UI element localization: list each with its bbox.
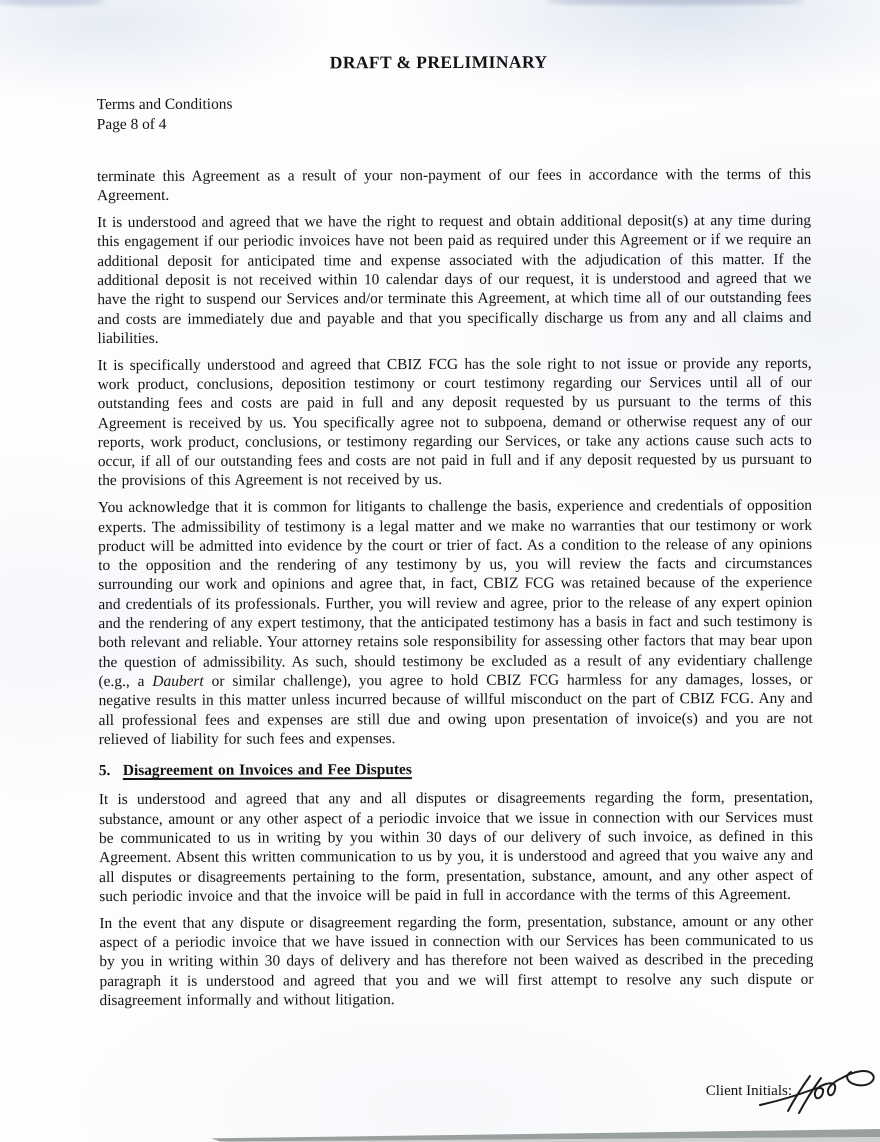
body-text: terminate this Agreement as a result of … — [97, 165, 814, 1010]
doc-title: Terms and Conditions — [97, 93, 811, 115]
italic-term: Daubert — [152, 673, 203, 690]
paragraph: It is specifically understood and agreed… — [98, 354, 812, 491]
client-initials-block: Client Initials: — [706, 1083, 792, 1100]
page-number-label: Page 8 of 4 — [97, 113, 811, 135]
paragraph: terminate this Agreement as a result of … — [97, 165, 811, 206]
document-content: DRAFT & PRELIMINARY Terms and Conditions… — [0, 0, 880, 1018]
document-page: DRAFT & PRELIMINARY Terms and Conditions… — [0, 0, 880, 1142]
document-meta: Terms and Conditions Page 8 of 4 — [97, 93, 811, 135]
paragraph: In the event that any dispute or disagre… — [99, 912, 813, 1011]
paragraph-text: or similar challenge), you agree to hold… — [99, 671, 813, 748]
section-heading: Disagreement on Invoices and Fee Dispute… — [123, 760, 412, 780]
paragraph-text: You acknowledge that it is common for li… — [98, 497, 813, 690]
paragraph: It is understood and agreed that any and… — [99, 788, 813, 906]
section-number: 5. — [99, 761, 123, 780]
draft-watermark-title: DRAFT & PRELIMINARY — [97, 51, 781, 74]
section-heading-row: 5. Disagreement on Invoices and Fee Disp… — [99, 759, 813, 781]
paragraph: It is understood and agreed that we have… — [97, 211, 811, 348]
client-initials-label: Client Initials: — [706, 1083, 792, 1099]
paragraph: You acknowledge that it is common for li… — [98, 496, 813, 749]
